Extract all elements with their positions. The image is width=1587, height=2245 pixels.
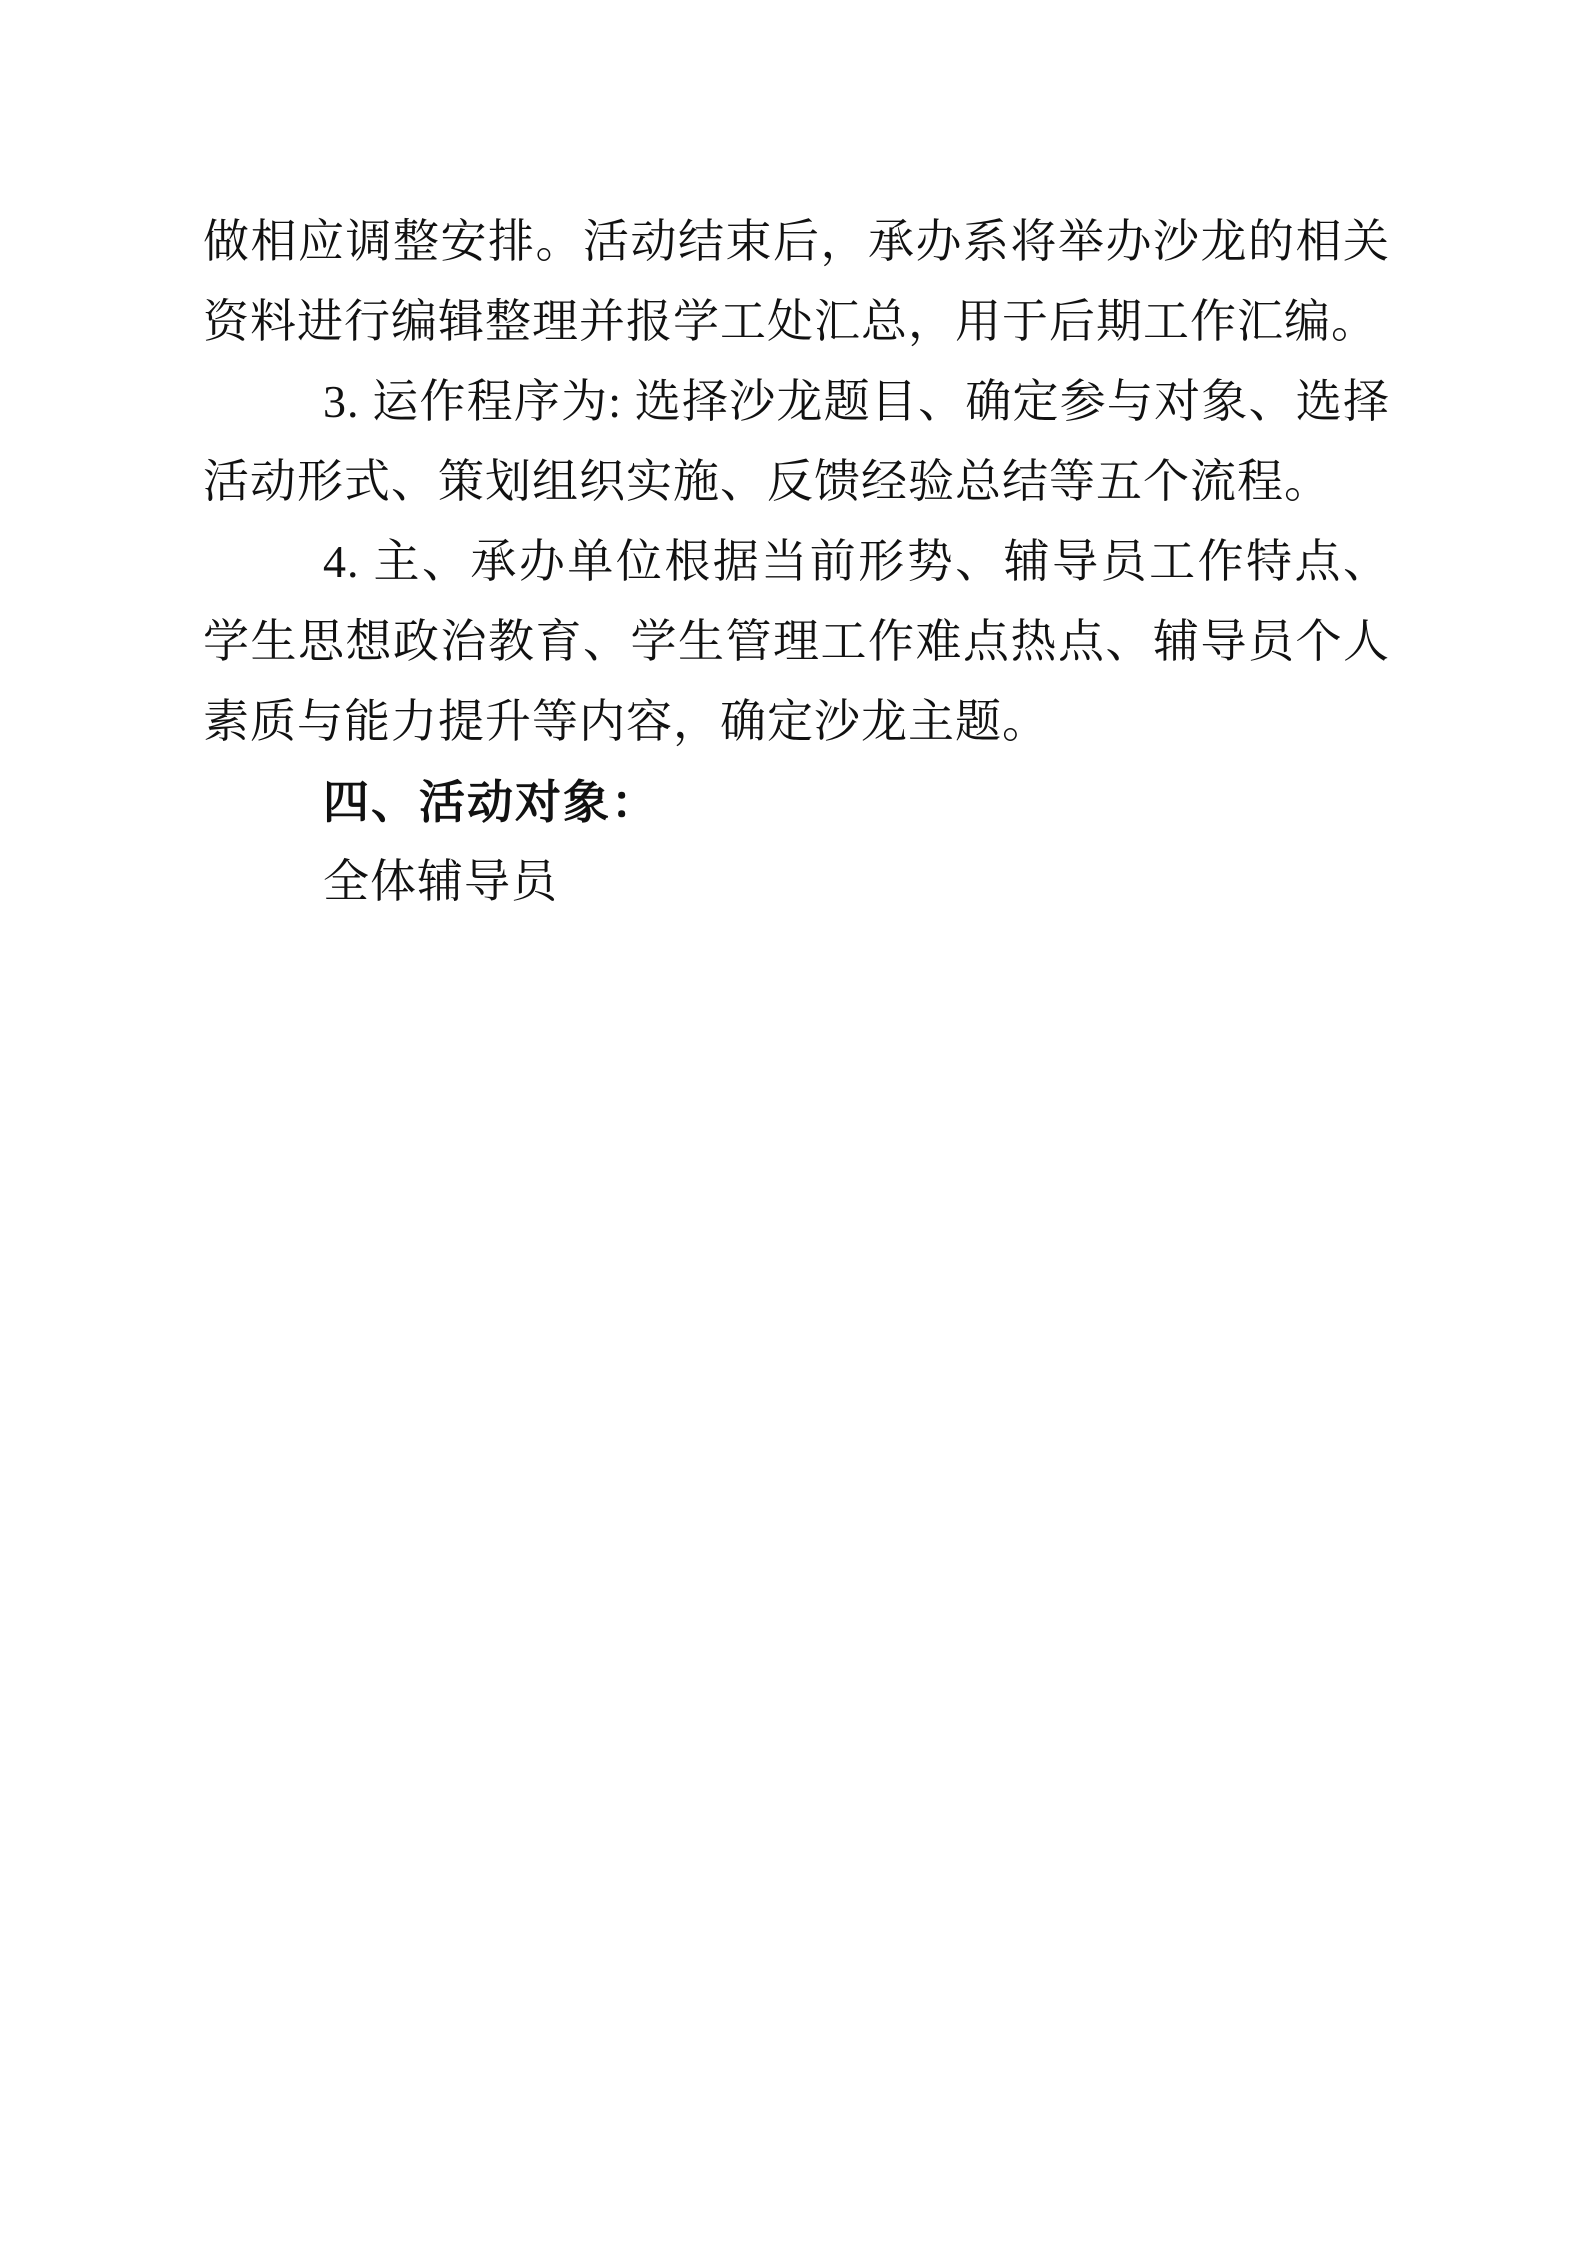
document-body: 做相应调整安排。活动结束后，承办系将举办沙龙的相关资料进行编辑整理并报学工处汇总… bbox=[203, 202, 1390, 922]
paragraph-item-3-procedure: 3. 运作程序为: 选择沙龙题目、确定参与对象、选择活动形式、策划组织实施、反馈… bbox=[203, 362, 1390, 522]
document-page: 做相应调整安排。活动结束后，承办系将举办沙龙的相关资料进行编辑整理并报学工处汇总… bbox=[0, 0, 1587, 2245]
heading-activity-target: 四、活动对象： bbox=[203, 762, 1390, 842]
paragraph-item-4-topic-selection: 4. 主、承办单位根据当前形势、辅导员工作特点、学生思想政治教育、学生管理工作难… bbox=[203, 522, 1390, 762]
paragraph-salon-wrapup: 做相应调整安排。活动结束后，承办系将举办沙龙的相关资料进行编辑整理并报学工处汇总… bbox=[203, 202, 1390, 362]
paragraph-target-audience: 全体辅导员 bbox=[203, 842, 1390, 922]
